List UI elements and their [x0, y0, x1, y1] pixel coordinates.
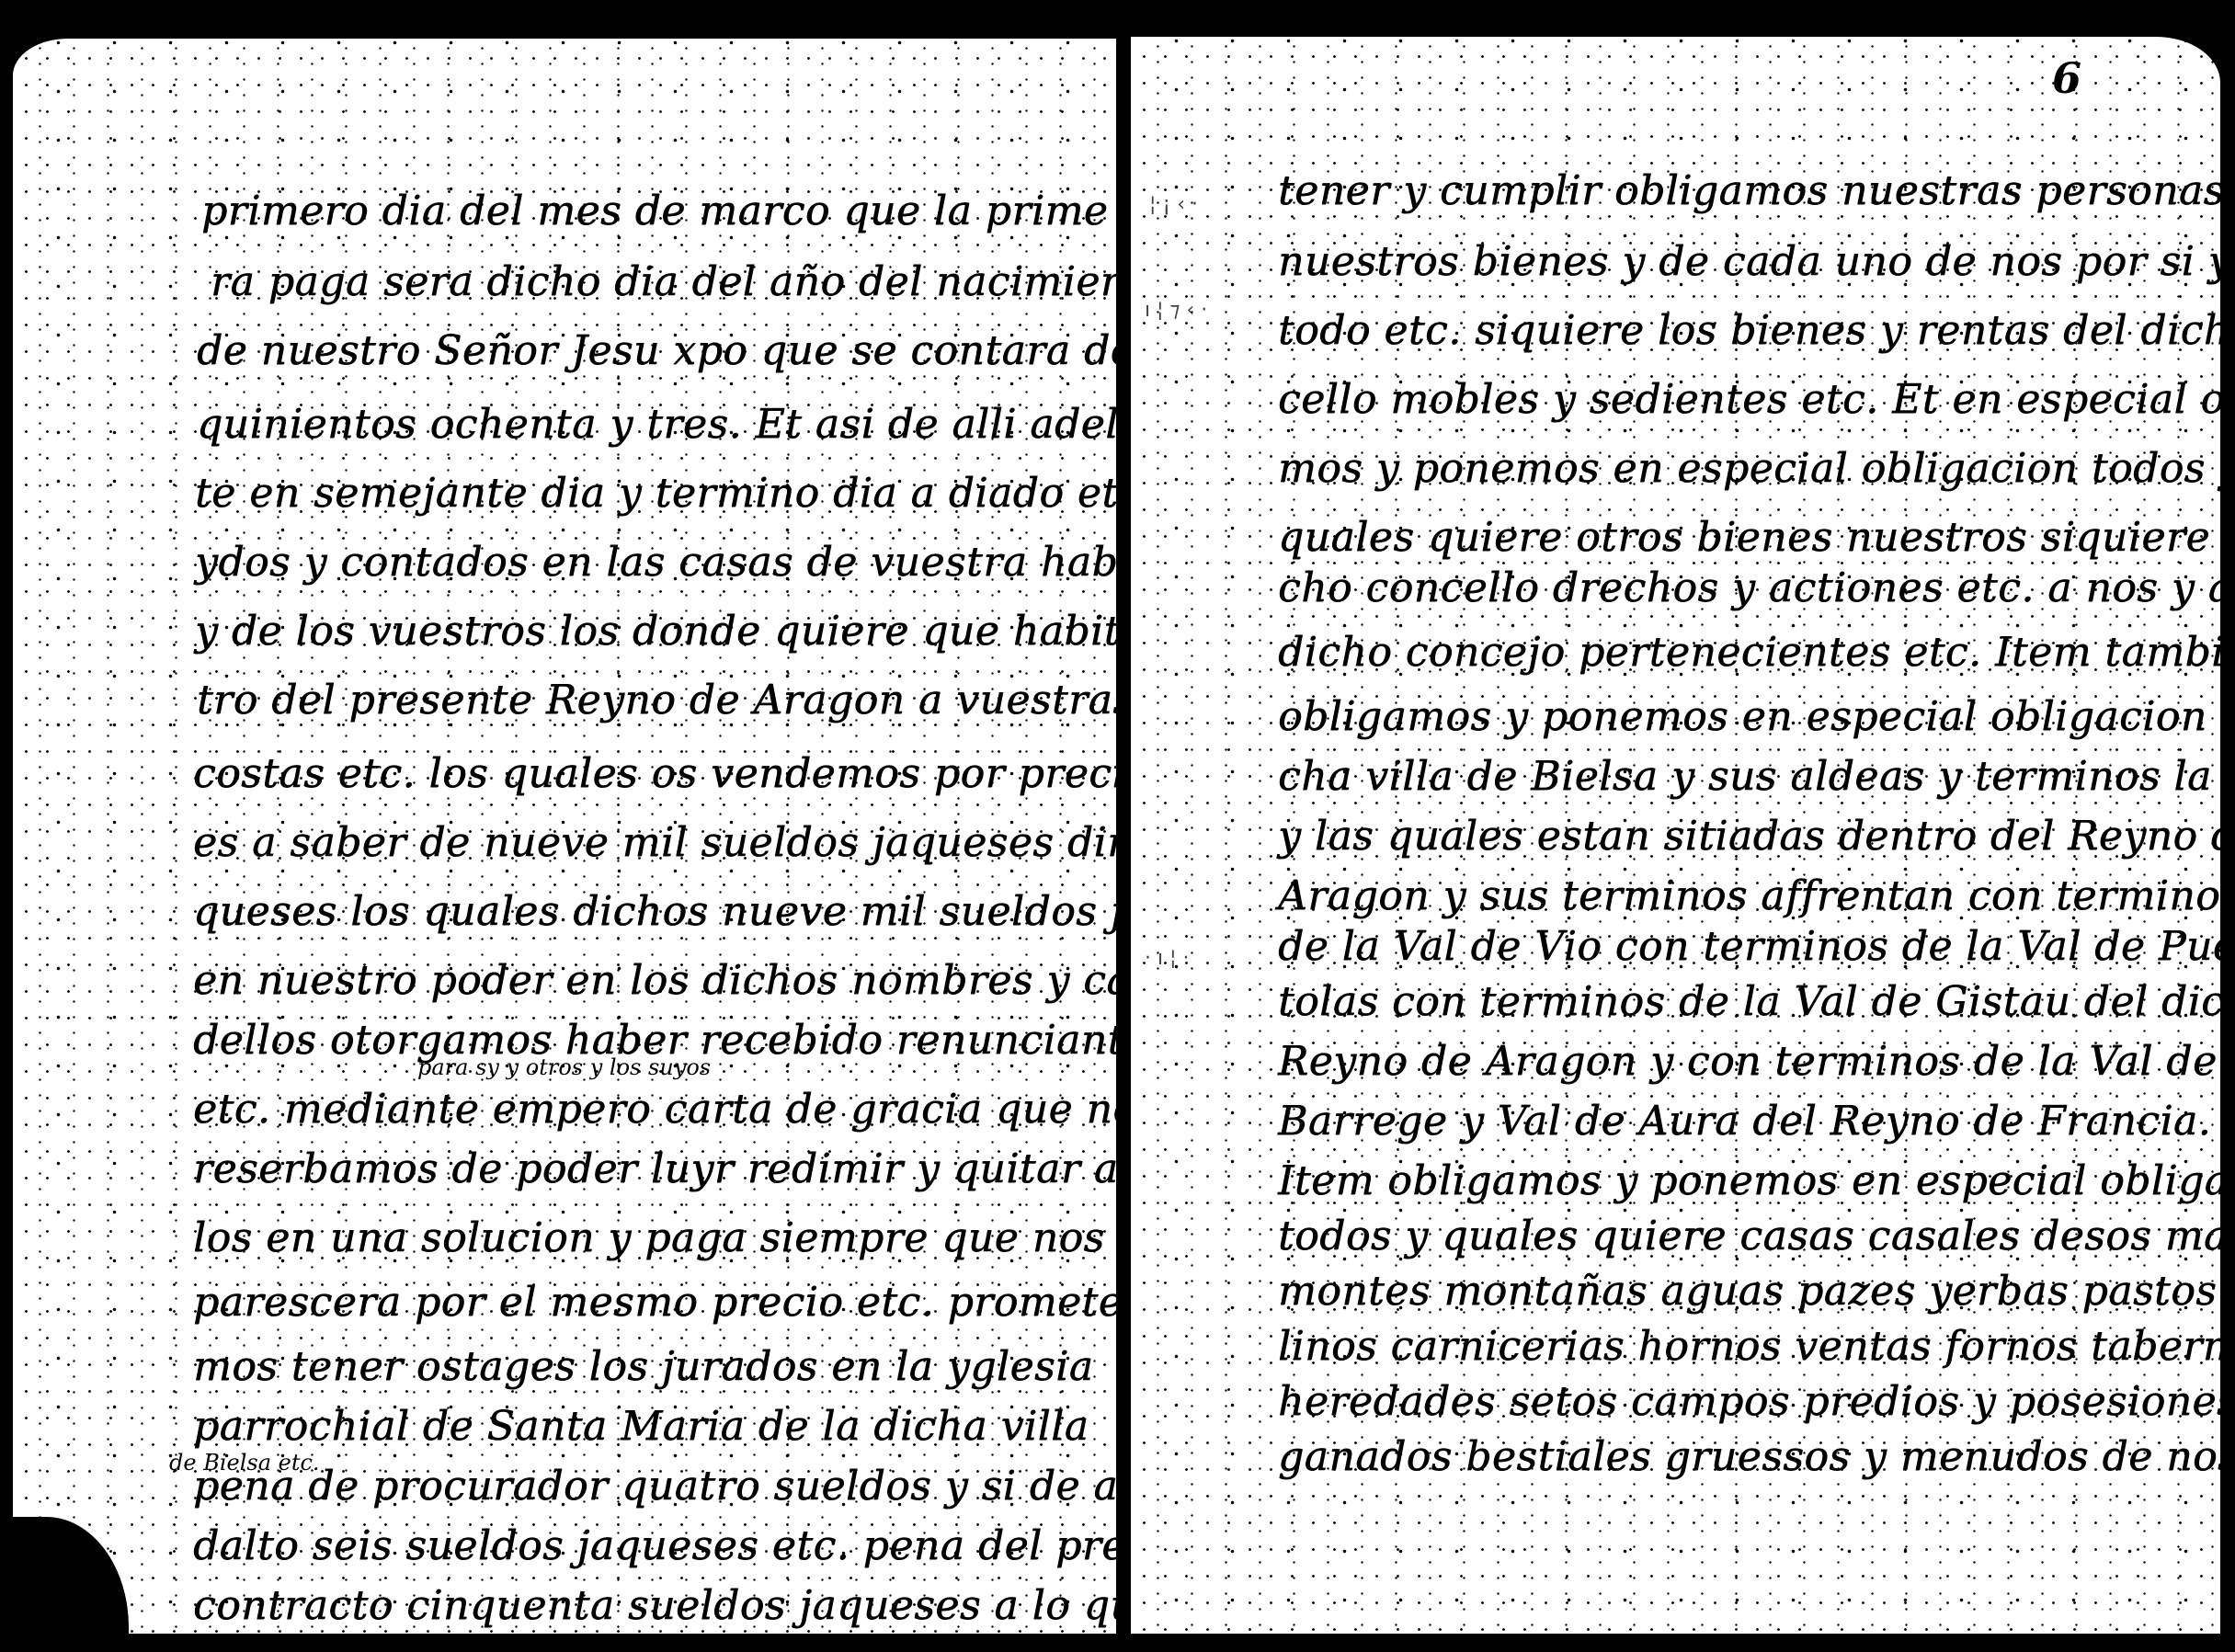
manuscript-line: mos y ponemos en especial obligacion tod…: [1278, 441, 2220, 496]
right-page: ¦ ¡ ‹ · ı ¦ ⁊ ‹ · · ı ¦ · tener y cumpli…: [1131, 37, 2220, 1634]
manuscript-line: todos y quales quiere casas casales deso…: [1278, 1209, 2220, 1264]
manuscript-line: los en una solucion y paga siempre que n…: [193, 1211, 1105, 1266]
manuscript-line: contracto cinquenta sueldos jaqueses a l…: [193, 1578, 1127, 1634]
manuscript-line: Item obligamos y ponemos en especial obl…: [1278, 1154, 2220, 1209]
manuscript-line: parrochial de Santa Maria de la dicha vi…: [193, 1399, 1089, 1454]
manuscript-line: parescera por el mesmo precio etc. prome…: [193, 1275, 1123, 1330]
manuscript-line: ganados bestiales gruessos y menudos de …: [1278, 1430, 2220, 1485]
manuscript-line: obligamos y ponemos en especial obligaci…: [1278, 689, 2220, 745]
manuscript-line: y las quales estan sitiadas dentro del R…: [1278, 809, 2220, 864]
left-page: primero dia del mes de marco que la prim…: [13, 39, 1127, 1634]
manuscript-line: dicho concejo pertenecientes etc. Item t…: [1278, 625, 2220, 680]
manuscript-line: en nuestro poder en los dichos nombres y…: [193, 953, 1127, 1008]
manuscript-line: y de los vuestros los donde quiere que h…: [195, 604, 1127, 659]
folio-number: 6: [2052, 53, 2081, 103]
manuscript-line: tener y cumplir obligamos nuestras perso…: [1278, 164, 2220, 219]
manuscript-line: todo etc. siquiere los bienes y rentas d…: [1278, 303, 2220, 359]
manuscript-line: ra paga sera dicho dia del año del nacim…: [211, 255, 1127, 310]
manuscript-line: te en semejante dia y termino dia a diad…: [195, 466, 1127, 521]
manuscript-line: de nuestro Señor Jesu xpo que se contara…: [197, 324, 1127, 379]
manuscript-line: pena de procurador quatro sueldos y si d…: [193, 1459, 1127, 1514]
margin-bleedthrough: · ı ¦ ·: [1145, 947, 1190, 970]
manuscript-line: reserbamos de poder luyr redimir y quita…: [193, 1142, 1127, 1197]
manuscript-line: dalto seis sueldos jaqueses etc. pena de…: [193, 1519, 1127, 1574]
manuscript-line: mos tener ostages los jurados en la ygle…: [193, 1339, 1093, 1395]
manuscript-line: etc. mediante empero carta de gracia que…: [193, 1082, 1127, 1137]
manuscript-line: cha villa de Bielsa y sus aldeas y termi…: [1278, 749, 2220, 804]
manuscript-scan: primero dia del mes de marco que la prim…: [0, 0, 2235, 1652]
manuscript-line: quales quiere otros bienes nuestros siqu…: [1278, 510, 2220, 565]
margin-bleedthrough: ı ¦ ⁊ ‹ ·: [1145, 299, 1207, 322]
page-gutter-divider: [1116, 37, 1127, 1652]
manuscript-line: nuestros bienes y de cada uno de nos por…: [1278, 234, 2220, 290]
manuscript-line: primero dia del mes de marco que la prim…: [201, 184, 1108, 239]
manuscript-line: montes montañas aguas pazes yerbas pasto…: [1278, 1264, 2220, 1319]
manuscript-line: de la Val de Vio con terminos de la Val …: [1278, 919, 2220, 974]
manuscript-line: queses los quales dichos nueve mil sueld…: [193, 884, 1127, 940]
manuscript-line: ydos y contados en las casas de vuestra …: [195, 535, 1127, 590]
manuscript-line: tolas con terminos de la Val de Gistau d…: [1278, 974, 2220, 1030]
manuscript-line: es a saber de nueve mil sueldos jaqueses…: [193, 815, 1127, 871]
manuscript-line: cho concello drechos y actiones etc. a n…: [1278, 561, 2220, 616]
manuscript-line: linos carnicerias hornos ventas fornos t…: [1278, 1319, 2220, 1374]
interlinear-note: para sy y otros y los suyos: [417, 1054, 711, 1080]
manuscript-line: Aragon y sus terminos affrentan con term…: [1278, 869, 2220, 924]
manuscript-line: Reyno de Aragon y con terminos de la Val…: [1278, 1034, 2218, 1089]
manuscript-line: Barrege y Val de Aura del Reyno de Franc…: [1278, 1094, 2211, 1149]
manuscript-line: quinientos ochenta y tres. Et asi de all…: [197, 397, 1127, 452]
manuscript-line: tro del presente Reyno de Aragon a vuest…: [197, 673, 1127, 728]
manuscript-line: costas etc. los quales os vendemos por p…: [193, 746, 1127, 802]
margin-bleedthrough: ¦ ¡ ‹ ·: [1149, 193, 1198, 216]
manuscript-line: cello mobles y sedientes etc. Et en espe…: [1278, 372, 2220, 427]
manuscript-line: heredades setos campos predios y posesio…: [1278, 1374, 2220, 1430]
